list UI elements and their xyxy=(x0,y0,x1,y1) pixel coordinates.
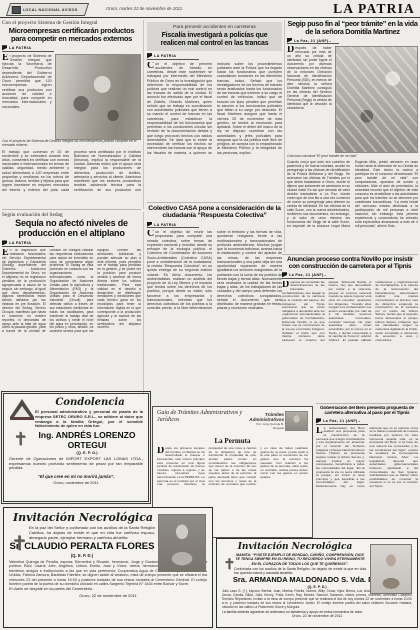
newspaper-page: LOCAL NACIONAL AVISOS Oruro, martes 22 d… xyxy=(0,0,420,630)
notice-title: Invitación Necrológica xyxy=(9,511,157,524)
guide-article-title: La Permuta xyxy=(157,437,308,445)
section-divider xyxy=(316,403,418,404)
notice-dedication: MAMITA: “FUISTE EJEMPLO DE BONDAD, CARIÑ… xyxy=(234,553,366,566)
condolence-notice: ✝ Condolencia El personal administrativo… xyxy=(3,393,149,502)
column-rule xyxy=(143,20,144,209)
author-photo xyxy=(285,411,308,431)
notice-text: Gerente de Operaciones de IMPORT EXPORT … xyxy=(9,457,143,471)
setec-logo xyxy=(10,399,34,421)
article-sequia: Según evaluación del Sedag Sequía no afe… xyxy=(2,212,141,398)
byline-label: LA PATRIA xyxy=(9,241,31,245)
notice-title: Invitación Necrológica xyxy=(222,542,368,552)
article-body: Después de haber renovado por más de un … xyxy=(287,46,332,152)
byline-label: LA PATRIA xyxy=(154,223,176,227)
article-headline: Anuncian proceso contra Novillo por insi… xyxy=(282,256,418,270)
article-headline: Microempresas certificarán productos par… xyxy=(2,27,141,43)
byline: LA PATRIA xyxy=(2,240,54,247)
masthead: LA PATRIA xyxy=(333,1,415,17)
section-tab: LOCAL NACIONAL AVISOS xyxy=(6,3,89,16)
deceased-portrait xyxy=(158,514,206,572)
column-rule xyxy=(284,20,285,252)
article-beni-tipnis: Gobernación del Beni presenta propuesta … xyxy=(316,406,418,556)
article-fiscalia: Para prevenir accidentes en carreteras F… xyxy=(147,22,282,207)
notice-date: Oruro, 22 de noviembre de 2011 xyxy=(222,614,412,618)
crucifix-icon: ✝ xyxy=(11,534,28,554)
article-photo xyxy=(55,54,141,140)
byline-label: La Paz, 21 (ANF).- xyxy=(294,39,331,43)
article-headline: Segip puso fin al “peor trámite” en la v… xyxy=(287,20,418,36)
deceased-name: Sr. CLAUDIO PERALTA FLORES xyxy=(9,542,155,552)
section-divider xyxy=(282,254,418,255)
guide-column-label: Trámites Administrativos xyxy=(244,412,284,422)
article-body: El proyecto de Sistema de Gestión Integr… xyxy=(2,54,52,140)
flag-icon xyxy=(147,53,152,58)
section-divider xyxy=(2,209,141,210)
crucifix-icon: ✝ xyxy=(223,557,236,572)
article-headline: Sequía no afectó niveles de producción e… xyxy=(2,219,141,238)
byline: LA PATRIA xyxy=(2,45,54,52)
article-body: En la inspección que realizaron funciona… xyxy=(2,249,141,377)
byline: LA PATRIA xyxy=(147,53,199,60)
flag-icon xyxy=(282,272,287,277)
notice-date: Oruro, noviembre de 2011 xyxy=(9,480,143,485)
article-body: Con el objetivo de prevenir accidentes d… xyxy=(147,62,282,194)
crucifix-icon: ✝ xyxy=(13,430,28,448)
article-kicker: Para prevenir accidentes en carreteras xyxy=(150,25,279,30)
qepd-label: (Q. E. P. D.) xyxy=(9,553,155,558)
notice-intro: El personal administrativo y personal de… xyxy=(35,410,143,429)
notice-title: Condolencia xyxy=(37,397,143,408)
headline-box: Para prevenir accidentes en carreteras F… xyxy=(147,22,282,51)
article-body: Después de conocidas las determinaciones… xyxy=(282,281,418,389)
notice-closing: El duelo se despide en la puerta del Cem… xyxy=(9,587,207,592)
article-segip: Segip puso fin al “peor trámite” en la v… xyxy=(287,20,418,254)
flag-icon xyxy=(147,222,152,227)
edition-date: Oruro, martes 22 de noviembre de 2011 xyxy=(106,6,182,11)
byline: La Paz, 21 (ANF).- xyxy=(282,272,334,279)
flag-icon xyxy=(287,38,292,43)
obituary-armanda-maldonado: ✝ Invitación Necrológica MAMITA: “FUISTE… xyxy=(216,538,418,628)
article-body: Con el objetivo de reunir las propuestas… xyxy=(147,230,282,382)
notice-intro: En la paz del Señor y confortado con los… xyxy=(29,526,155,540)
qepd-label: (Q. E. P. D.) xyxy=(31,450,143,455)
deceased-name: Ing. ANDRÉS LORENZO ORTEGUI xyxy=(31,431,143,450)
flag-icon xyxy=(316,418,321,423)
article-body: El trabajo que comenzó el 20 de noviembr… xyxy=(2,150,141,193)
la-patria-logo-icon xyxy=(12,6,21,14)
page-header: LOCAL NACIONAL AVISOS Oruro, martes 22 d… xyxy=(0,0,420,18)
deceased-portrait xyxy=(370,544,412,594)
byline: La Paz, 21 (ANF).- xyxy=(316,418,368,425)
article-body: Cuando creyó que todo era cuestión de pa… xyxy=(287,160,418,236)
byline-label: La Paz, 21 (ANF).- xyxy=(323,419,360,423)
article-colectivo-casa: Colectivo CASA pone a consideración de l… xyxy=(147,205,282,400)
article-photo xyxy=(335,46,418,153)
photo-caption: Con el proyecto de Sistema de Gestión In… xyxy=(2,140,141,148)
byline: LA PATRIA xyxy=(147,222,199,229)
article-body: La Gobernación del Beni elaboró una prop… xyxy=(316,427,418,545)
guide-author-role: Abogado xyxy=(244,427,284,430)
photo-caption: Concurso nacional “El peor trámite de mi… xyxy=(287,155,418,159)
section-tab-label: LOCAL NACIONAL AVISOS xyxy=(23,8,78,12)
article-headline: Fiscalía investigará a policías que real… xyxy=(150,32,279,47)
article-microempresas: Con el proyecto Sistema de Gestión Integ… xyxy=(2,20,141,209)
byline-label: La Paz, 21 (ANF).- xyxy=(289,273,326,277)
guide-title: Guía de Trámites Administrativos y Juríd… xyxy=(157,410,249,424)
notice-quote: “El que cree en mí no morirá jamás”. xyxy=(9,474,143,479)
notice-date: Oruro, 22 de noviembre de 2011 xyxy=(9,593,207,598)
byline-label: LA PATRIA xyxy=(9,46,31,50)
obituary-claudio-peralta: ✝ Invitación Necrológica En la paz del S… xyxy=(3,507,213,628)
flag-icon xyxy=(2,45,7,50)
flag-icon xyxy=(2,240,7,245)
article-headline: Gobernación del Beni presenta propuesta … xyxy=(316,406,418,416)
article-novillo-tipnis: Anuncian proceso contra Novillo por insi… xyxy=(282,256,418,402)
byline-label: LA PATRIA xyxy=(154,54,176,58)
byline: La Paz, 21 (ANF).- xyxy=(287,38,339,45)
notice-intro: Confortada con los auxilios de la Santa … xyxy=(234,567,366,575)
column-rule xyxy=(143,212,144,398)
article-headline: Colectivo CASA pone a consideración de l… xyxy=(147,205,282,220)
